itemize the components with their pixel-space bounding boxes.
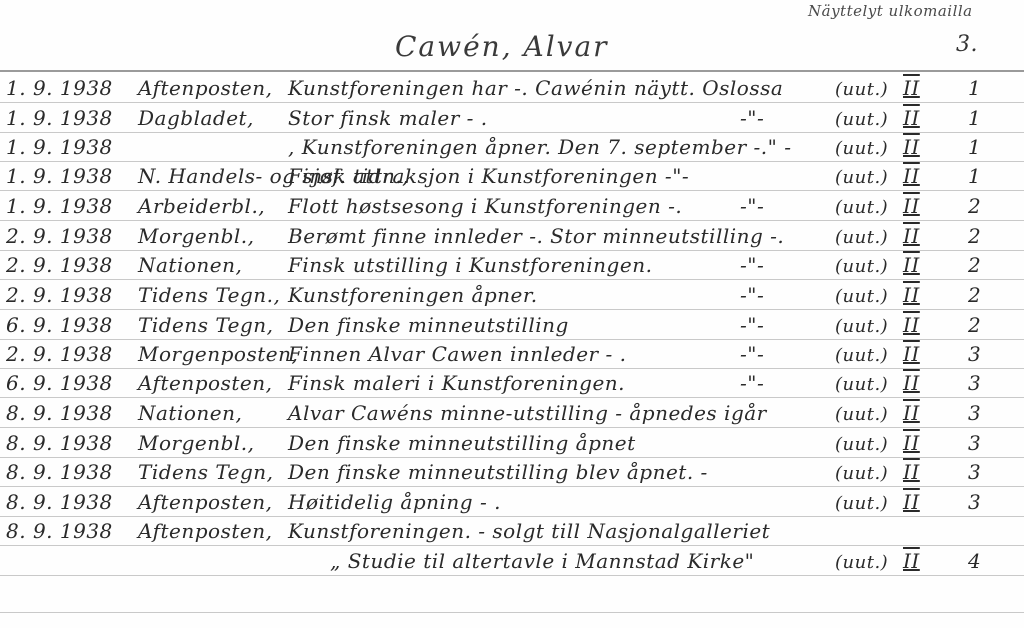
entry-title: Finsk attraksjon i Kunstforeningen -"- [288,164,689,188]
entry-row: 2. 9. 1938Morgenposten,Finnen Alvar Cawe… [0,338,1024,368]
entry-page: 3 [968,342,981,366]
ruled-line [0,575,1024,576]
entry-title: Stor finsk maler - . [288,106,488,130]
entry-paper: Morgenbl., [138,224,255,248]
entry-paper: Tidens Tegn, [138,313,274,337]
entry-page: 1 [968,164,981,188]
entry-ditto: -"- [740,313,764,337]
entry-row: 8. 9. 1938Aftenposten,Kunstforeningen. -… [0,515,1024,545]
entry-note: (uut.) [835,79,888,100]
entry-note: (uut.) [835,345,888,366]
entry-row: 8. 9. 1938Nationen,Alvar Cawéns minne-ut… [0,397,1024,427]
entry-page: 2 [968,283,981,307]
entry-row: 6. 9. 1938Aftenposten,Finsk maleri i Kun… [0,367,1024,397]
entry-row: 1. 9. 1938N. Handels- og sjøf. tidn.,Fin… [0,160,1024,190]
entry-title: , Kunstforeningen åpner. Den 7. septembe… [288,135,791,159]
entry-date: 8. 9. 1938 [6,401,113,425]
entry-title: Kunstforeningen åpner. [288,283,538,307]
entry-note: (uut.) [835,434,888,455]
entry-vol: II [903,371,920,395]
entry-date: 6. 9. 1938 [6,313,113,337]
entry-paper: Arbeiderbl., [138,194,265,218]
entry-paper: Morgenposten, [138,342,298,366]
entry-note: (uut.) [835,316,888,337]
entry-date: 1. 9. 1938 [6,164,113,188]
entry-title: Høitidelig åpning - . [288,490,501,514]
entry-title: „ Studie til altertavle i Mannstad Kirke… [330,549,754,573]
entry-paper: Aftenposten, [138,519,272,543]
entry-page: 3 [968,490,981,514]
entry-note: (uut.) [835,227,888,248]
entry-page: 3 [968,371,981,395]
entry-vol: II [903,253,920,277]
entry-page: 2 [968,313,981,337]
entry-date: 1. 9. 1938 [6,135,113,159]
entry-paper: Aftenposten, [138,371,272,395]
entry-note: (uut.) [835,138,888,159]
entry-row: 8. 9. 1938Aftenposten,Høitidelig åpning … [0,486,1024,516]
entry-title: Kunstforeningen. - solgt till Nasjonalga… [288,519,770,543]
entry-page: 1 [968,135,981,159]
entry-page: 1 [968,106,981,130]
entry-date: 8. 9. 1938 [6,431,113,455]
entry-page: 3 [968,431,981,455]
entry-title: Den finske minneutstilling blev åpnet. - [288,460,708,484]
entry-paper: Dagbladet, [138,106,254,130]
entry-date: 2. 9. 1938 [6,224,113,248]
entry-row: „ Studie til altertavle i Mannstad Kirke… [0,545,1024,575]
entry-vol: II [903,224,920,248]
entry-title: Den finske minneutstilling åpnet [288,431,636,455]
entry-vol: II [903,549,920,573]
entry-paper: Morgenbl., [138,431,255,455]
entry-note: (uut.) [835,197,888,218]
entry-row: 1. 9. 1938Dagbladet,Stor finsk maler - .… [0,102,1024,132]
entry-title: Finsk maleri i Kunstforeningen. [288,371,625,395]
entry-vol: II [903,490,920,514]
entry-date: 2. 9. 1938 [6,283,113,307]
entry-paper: Nationen, [138,401,242,425]
entry-date: 8. 9. 1938 [6,519,113,543]
entry-date: 8. 9. 1938 [6,460,113,484]
entry-note: (uut.) [835,463,888,484]
entry-vol: II [903,76,920,100]
entry-title: Finnen Alvar Cawen innleder - . [288,342,626,366]
card-number: 3. [956,32,978,57]
entry-row: 8. 9. 1938Tidens Tegn,Den finske minneut… [0,456,1024,486]
entry-page: 2 [968,224,981,248]
entry-vol: II [903,342,920,366]
entry-paper: Tidens Tegn., [138,283,280,307]
entry-ditto: -"- [740,283,764,307]
entry-vol: II [903,194,920,218]
entry-paper: Aftenposten, [138,76,272,100]
entry-date: 2. 9. 1938 [6,253,113,277]
entry-title: Den finske minneutstilling [288,313,569,337]
entry-row: 1. 9. 1938, Kunstforeningen åpner. Den 7… [0,131,1024,161]
entry-date: 1. 9. 1938 [6,194,113,218]
entry-vol: II [903,313,920,337]
entry-title: Kunstforeningen har -. Cawénin näytt. Os… [288,76,783,100]
entry-note: (uut.) [835,109,888,130]
entry-vol: II [903,283,920,307]
entry-note: (uut.) [835,493,888,514]
entry-title: Alvar Cawéns minne-utstilling - åpnedes … [288,401,767,425]
entry-row: 6. 9. 1938Tidens Tegn,Den finske minneut… [0,309,1024,339]
entry-paper: Tidens Tegn, [138,460,274,484]
entry-paper: Nationen, [138,253,242,277]
entry-date: 6. 9. 1938 [6,371,113,395]
corner-note: Näyttelyt ulkomailla [808,2,973,20]
entry-page: 4 [968,549,981,573]
entry-row: 2. 9. 1938Morgenbl.,Berømt finne innlede… [0,220,1024,250]
entry-title: Finsk utstilling i Kunstforeningen. [288,253,652,277]
entry-page: 3 [968,401,981,425]
entry-vol: II [903,164,920,188]
entry-date: 1. 9. 1938 [6,106,113,130]
entry-row: 1. 9. 1938Arbeiderbl.,Flott høstsesong i… [0,190,1024,220]
entry-paper: Aftenposten, [138,490,272,514]
entry-vol: II [903,401,920,425]
entry-date: 1. 9. 1938 [6,76,113,100]
entry-ditto: -"- [740,253,764,277]
entry-page: 1 [968,76,981,100]
entry-date: 2. 9. 1938 [6,342,113,366]
entry-ditto: -"- [740,194,764,218]
entry-title: Flott høstsesong i Kunstforeningen -. [288,194,682,218]
entry-row: 8. 9. 1938Morgenbl.,Den finske minneutst… [0,427,1024,457]
entry-row: 2. 9. 1938Tidens Tegn.,Kunstforeningen å… [0,279,1024,309]
entry-page: 2 [968,194,981,218]
entry-page: 3 [968,460,981,484]
entry-note: (uut.) [835,404,888,425]
entry-vol: II [903,460,920,484]
entry-vol: II [903,135,920,159]
entry-vol: II [903,431,920,455]
entry-title: Berømt finne innleder -. Stor minneutsti… [288,224,784,248]
entry-ditto: -"- [740,106,764,130]
entry-note: (uut.) [835,552,888,573]
card-title: Cawén, Alvar [395,30,609,63]
ruled-line [0,612,1024,613]
entry-row: 1. 9. 1938Aftenposten,Kunstforeningen ha… [0,72,1024,102]
entry-row: 2. 9. 1938Nationen,Finsk utstilling i Ku… [0,249,1024,279]
index-card: Näyttelyt ulkomailla Cawén, Alvar 3. 1. … [0,0,1024,628]
entry-page: 2 [968,253,981,277]
entry-ditto: -"- [740,342,764,366]
entry-note: (uut.) [835,256,888,277]
entry-note: (uut.) [835,374,888,395]
entry-ditto: -"- [740,371,764,395]
entry-date: 8. 9. 1938 [6,490,113,514]
entry-note: (uut.) [835,167,888,188]
entry-note: (uut.) [835,286,888,307]
entry-vol: II [903,106,920,130]
